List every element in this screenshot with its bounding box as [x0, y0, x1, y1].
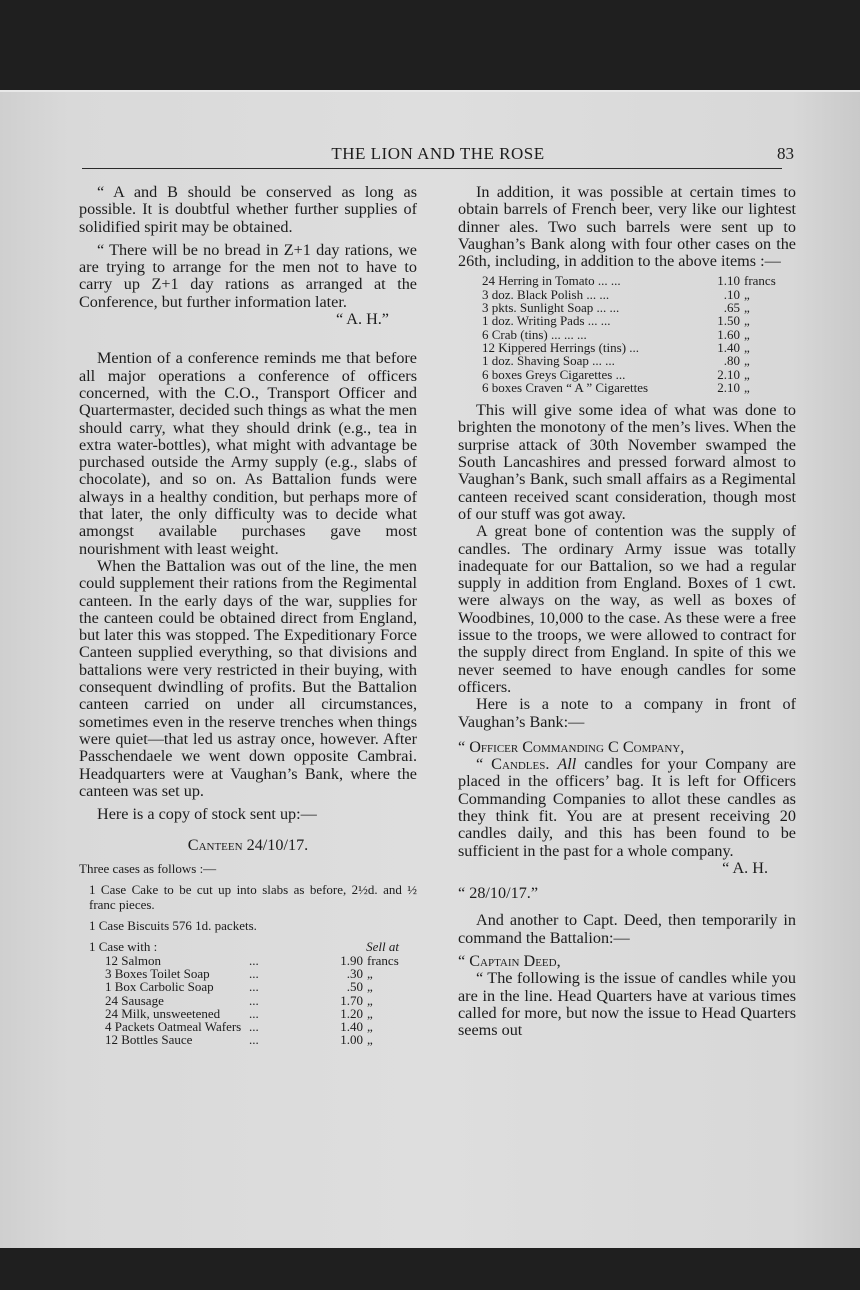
leader-dots: ...: [249, 967, 319, 980]
page-header: THE LION AND THE ROSE 83: [82, 144, 794, 170]
item-row: 1 doz. Shaving Soap ... ....80„: [458, 354, 796, 367]
item-price: .30: [319, 967, 363, 980]
item-name: 6 boxes Craven “ A ” Cigarettes: [458, 381, 698, 394]
items-list: 24 Herring in Tomato ... ...1.10francs3 …: [458, 274, 796, 394]
stock-row: 24 Sausage...1.70„: [79, 994, 417, 1007]
candles-lead: “ Candles.: [476, 755, 549, 773]
item-unit: „: [740, 368, 796, 381]
candles-note: “ Candles. All candles for your Company …: [458, 756, 796, 860]
leader-dots: ...: [249, 954, 319, 967]
item-price: 1.40: [698, 341, 740, 354]
item-name: 3 pkts. Sunlight Soap ... ...: [458, 301, 698, 314]
leader-dots: ...: [249, 994, 319, 1007]
item-name: 1 doz. Writing Pads ... ...: [458, 314, 698, 327]
canteen-heading: Canteen 24/10/17.: [79, 837, 417, 854]
item-unit: „: [740, 288, 796, 301]
item-price: 2.10: [698, 368, 740, 381]
stock-list: 12 Salmon...1.90francs3 Boxes Toilet Soa…: [79, 954, 417, 1047]
case-item: 1 Case Cake to be cut up into slabs as b…: [79, 882, 417, 912]
item-unit: „: [740, 354, 796, 367]
item-price: 1.70: [319, 994, 363, 1007]
item-name: 4 Packets Oatmeal Wafers: [105, 1020, 249, 1033]
page-number: 83: [777, 144, 794, 164]
item-row: 12 Kippered Herrings (tins) ...1.40„: [458, 341, 796, 354]
right-column: In addition, it was possible at certain …: [458, 184, 796, 1040]
item-unit: „: [740, 328, 796, 341]
signature: “ A. H.: [458, 860, 796, 877]
stock-row: 24 Milk, unsweetened...1.20„: [79, 1007, 417, 1020]
item-name: 6 Crab (tins) ... ... ...: [458, 328, 698, 341]
item-unit: „: [740, 341, 796, 354]
left-column: “ A and B should be conserved as long as…: [79, 184, 417, 1047]
running-title: THE LION AND THE ROSE: [82, 144, 794, 164]
emphasis: All: [557, 755, 576, 773]
salutation: “ Officer Commanding C Company,: [458, 739, 796, 756]
item-unit: „: [363, 1007, 417, 1020]
item-unit: „: [740, 301, 796, 314]
body-paragraph: A great bone of contention was the suppl…: [458, 523, 796, 696]
body-paragraph: “ The following is the issue of candles …: [458, 970, 796, 1039]
item-price: 1.20: [319, 1007, 363, 1020]
body-paragraph: When the Battalion was out of the line, …: [79, 558, 417, 800]
leader-dots: ...: [249, 980, 319, 993]
item-row: 6 boxes Greys Cigarettes ...2.10„: [458, 368, 796, 381]
case-item: 1 Case Biscuits 576 1d. packets.: [79, 918, 417, 933]
leader-dots: ...: [249, 1033, 319, 1046]
item-unit: „: [363, 967, 417, 980]
note-date: “ 28/10/17.”: [458, 885, 796, 902]
cases-intro: Three cases as follows :—: [79, 861, 417, 876]
item-price: .50: [319, 980, 363, 993]
item-unit: „: [363, 980, 417, 993]
item-name: 24 Herring in Tomato ... ...: [458, 274, 698, 287]
item-name: 12 Salmon: [105, 954, 249, 967]
signature: “ A. H.”: [79, 311, 417, 328]
stock-row: 1 Box Carbolic Soap....50„: [79, 980, 417, 993]
item-unit: „: [363, 1020, 417, 1033]
header-rule: [82, 168, 782, 169]
case-item: 1 Case with :: [89, 939, 366, 954]
item-unit: francs: [740, 274, 796, 287]
item-name: 3 doz. Black Polish ... ...: [458, 288, 698, 301]
stock-row: 4 Packets Oatmeal Wafers...1.40„: [79, 1020, 417, 1033]
item-row: 24 Herring in Tomato ... ...1.10francs: [458, 274, 796, 287]
item-name: 1 doz. Shaving Soap ... ...: [458, 354, 698, 367]
item-name: 1 Box Carbolic Soap: [105, 980, 249, 993]
item-price: 1.00: [319, 1033, 363, 1046]
book-page: THE LION AND THE ROSE 83 “ A and B shoul…: [0, 90, 860, 1248]
item-row: 3 doz. Black Polish ... ....10„: [458, 288, 796, 301]
body-paragraph: In addition, it was possible at certain …: [458, 184, 796, 270]
body-paragraph: Mention of a conference reminds me that …: [79, 350, 417, 558]
item-unit: „: [740, 381, 796, 394]
item-price: 2.10: [698, 381, 740, 394]
body-paragraph: Here is a copy of stock sent up:—: [79, 806, 417, 823]
item-price: 1.90: [319, 954, 363, 967]
body-paragraph: Here is a note to a company in front of …: [458, 696, 796, 731]
item-unit: „: [363, 1033, 417, 1046]
sell-at-label: Sell at: [366, 939, 417, 954]
item-row: 3 pkts. Sunlight Soap ... ....65„: [458, 301, 796, 314]
salutation: “ Captain Deed,: [458, 953, 796, 970]
item-row: 1 doz. Writing Pads ... ...1.50„: [458, 314, 796, 327]
item-row: 6 boxes Craven “ A ” Cigarettes2.10„: [458, 381, 796, 394]
body-paragraph: This will give some idea of what was don…: [458, 402, 796, 523]
item-name: 24 Milk, unsweetened: [105, 1007, 249, 1020]
quote-paragraph: “ A and B should be conserved as long as…: [79, 184, 417, 236]
item-name: 24 Sausage: [105, 994, 249, 1007]
item-name: 12 Kippered Herrings (tins) ...: [458, 341, 698, 354]
stock-row: 12 Bottles Sauce...1.00„: [79, 1033, 417, 1046]
item-price: 1.60: [698, 328, 740, 341]
item-row: 6 Crab (tins) ... ... ...1.60„: [458, 328, 796, 341]
item-name: 3 Boxes Toilet Soap: [105, 967, 249, 980]
item-price: 1.50: [698, 314, 740, 327]
item-price: .65: [698, 301, 740, 314]
quote-paragraph: “ There will be no bread in Z+1 day rati…: [79, 242, 417, 311]
item-name: 6 boxes Greys Cigarettes ...: [458, 368, 698, 381]
item-price: .80: [698, 354, 740, 367]
body-paragraph: And another to Capt. Deed, then temporar…: [458, 912, 796, 947]
item-name: 12 Bottles Sauce: [105, 1033, 249, 1046]
item-unit: „: [363, 994, 417, 1007]
stock-row: 3 Boxes Toilet Soap....30„: [79, 967, 417, 980]
item-unit: francs: [363, 954, 417, 967]
item-price: .10: [698, 288, 740, 301]
item-unit: „: [740, 314, 796, 327]
item-price: 1.40: [319, 1020, 363, 1033]
leader-dots: ...: [249, 1007, 319, 1020]
item-price: 1.10: [698, 274, 740, 287]
stock-row: 12 Salmon...1.90francs: [79, 954, 417, 967]
leader-dots: ...: [249, 1020, 319, 1033]
